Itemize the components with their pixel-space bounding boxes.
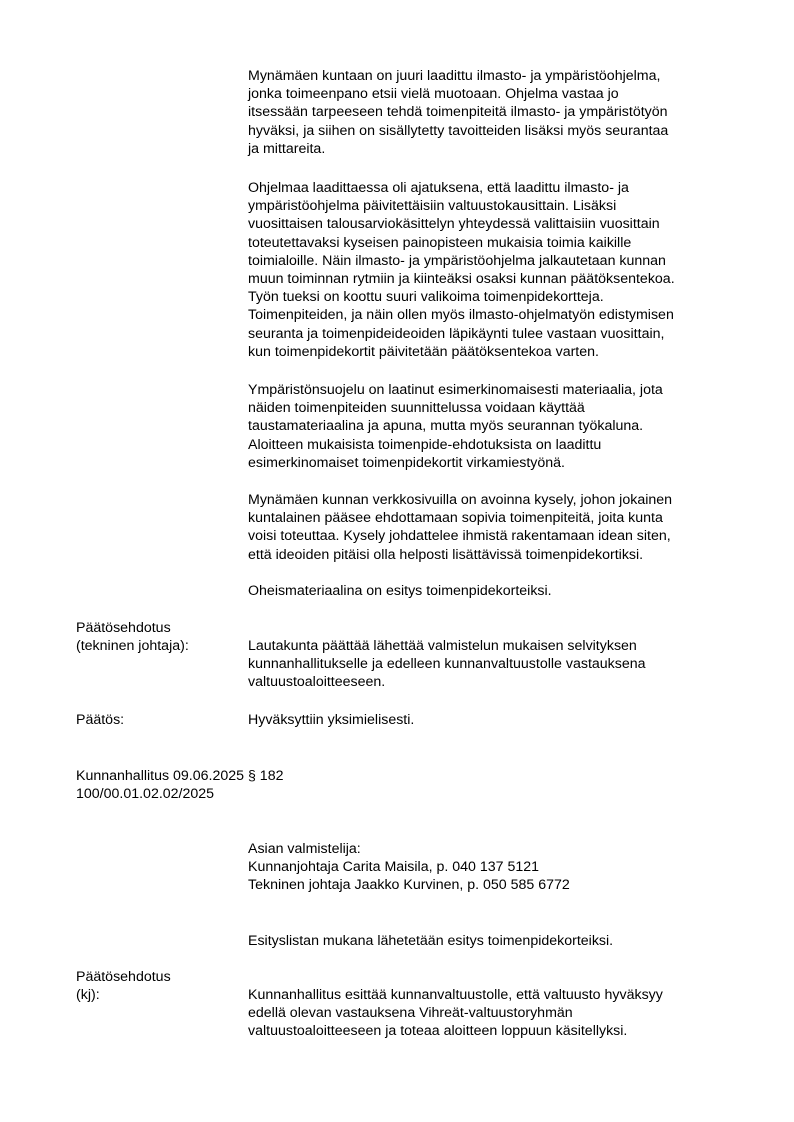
record-number: 100/00.01.02.02/2025 (76, 785, 283, 803)
text-line: ympäristöohjelma päivitettäisiin valtuus… (248, 197, 748, 215)
text-line: näiden toimenpiteiden suunnittelussa voi… (248, 399, 748, 417)
label-line: Päätösehdotus (76, 968, 171, 986)
text-line: Mynämäen kuntaan on juuri laadittu ilmas… (248, 67, 748, 85)
proposal-1-label: Päätösehdotus (tekninen johtaja): (76, 619, 189, 655)
decision-value: Hyväksyttiin yksimielisesti. (248, 711, 748, 729)
proposal-2-label: Päätösehdotus (kj): (76, 968, 171, 1004)
text-line: valtuustoaloitteeseen. (248, 673, 748, 691)
text-line: valtuustoaloitteeseen ja toteaa aloittee… (248, 1022, 748, 1040)
preparer-line: Kunnanjohtaja Carita Maisila, p. 040 137… (248, 858, 748, 876)
text-line: edellä olevan vastauksena Vihreät-valtuu… (248, 1004, 748, 1022)
text-line: Lautakunta päättää lähettää valmistelun … (248, 637, 748, 655)
text-line: esimerkinomaiset toimenpidekortit virkam… (248, 454, 748, 472)
text-line: toteutettavaksi kyseisen painopisteen mu… (248, 234, 748, 252)
paragraph-4: Mynämäen kunnan verkkosivuilla on avoinn… (248, 491, 748, 564)
text-line: Kunnanhallitus esittää kunnanvaltuustoll… (248, 986, 748, 1004)
text-line: Oheismateriaalina on esitys toimenpideko… (248, 582, 748, 600)
paragraph-3: Ympäristönsuojelu on laatinut esimerkino… (248, 381, 748, 472)
text-line: Ympäristönsuojelu on laatinut esimerkino… (248, 381, 748, 399)
text-line: jonka toimeenpano etsii vielä muotoaan. … (248, 85, 748, 103)
text-line: kunnanhallitukselle ja edelleen kunnanva… (248, 655, 748, 673)
meeting-title: Kunnanhallitus 09.06.2025 § 182 (76, 767, 283, 785)
text-line: muun toiminnan rytmiin ja kiinteäksi osa… (248, 270, 748, 288)
text-line: seuranta ja toimenpideideoiden läpikäynt… (248, 325, 748, 343)
label-line: Päätösehdotus (76, 619, 189, 637)
text-line: kuntalainen pääsee ehdottamaan sopivia t… (248, 509, 748, 527)
text-line: itsessään tarpeeseen tehdä toimenpiteitä… (248, 103, 748, 121)
text-line: että ideoiden pitäisi olla helposti lisä… (248, 546, 748, 564)
preparer-block: Asian valmistelija: Kunnanjohtaja Carita… (248, 840, 748, 895)
text-line: voisi toteuttaa. Kysely johdattelee ihmi… (248, 527, 748, 545)
label-line: (kj): (76, 986, 171, 1004)
text-line: hyväksi, ja siihen on sisällytetty tavoi… (248, 122, 748, 140)
label-line: (tekninen johtaja): (76, 637, 189, 655)
text-line: vuosittaisen talousarviokäsittelyn yhtey… (248, 215, 748, 233)
text-line: toimialoille. Näin ilmasto- ja ympäristö… (248, 252, 748, 270)
text-line: Työn tueksi on koottu suuri valikoima to… (248, 288, 748, 306)
attachment-note-text: Esityslistan mukana lähetetään esitys to… (248, 932, 748, 950)
text-line: Aloitteen mukaisista toimenpide-ehdotuks… (248, 436, 748, 454)
paragraph-1: Mynämäen kuntaan on juuri laadittu ilmas… (248, 67, 748, 158)
decision-text: Hyväksyttiin yksimielisesti. (248, 711, 748, 729)
preparer-heading: Asian valmistelija: (248, 840, 748, 858)
text-line: Mynämäen kunnan verkkosivuilla on avoinn… (248, 491, 748, 509)
paragraph-5: Oheismateriaalina on esitys toimenpideko… (248, 582, 748, 600)
proposal-2-text: Kunnanhallitus esittää kunnanvaltuustoll… (248, 986, 748, 1041)
text-line: Toimenpiteiden, ja näin ollen myös ilmas… (248, 306, 748, 324)
paragraph-2: Ohjelmaa laadittaessa oli ajatuksena, et… (248, 179, 748, 361)
proposal-1-text: Lautakunta päättää lähettää valmistelun … (248, 637, 748, 692)
text-line: taustamateriaalina ja apuna, mutta myös … (248, 417, 748, 435)
decision-label: Päätös: (76, 711, 124, 729)
decision-label-text: Päätös: (76, 711, 124, 729)
preparer-line: Tekninen johtaja Jaakko Kurvinen, p. 050… (248, 876, 748, 894)
attachment-note: Esityslistan mukana lähetetään esitys to… (248, 932, 748, 950)
meeting-header: Kunnanhallitus 09.06.2025 § 182 100/00.0… (76, 767, 283, 803)
text-line: Ohjelmaa laadittaessa oli ajatuksena, et… (248, 179, 748, 197)
text-line: ja mittareita. (248, 140, 748, 158)
text-line: kun toimenpidekortit päivitetään päätöks… (248, 343, 748, 361)
